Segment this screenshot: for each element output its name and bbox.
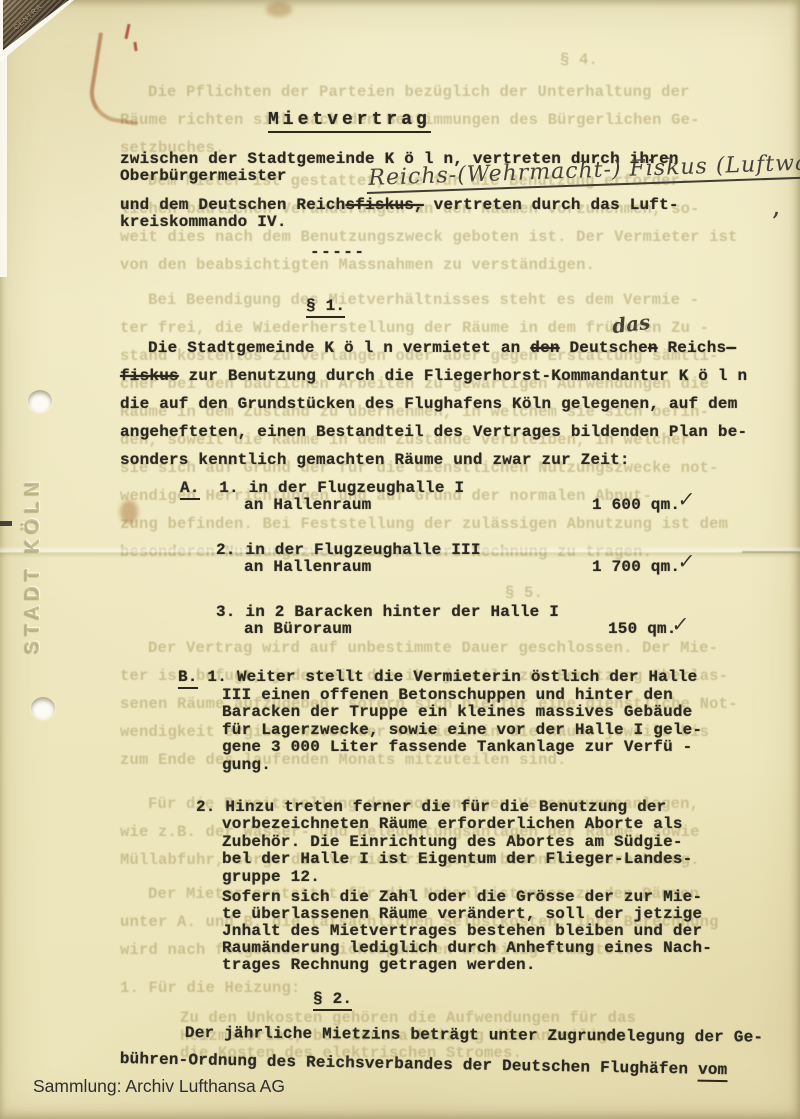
text-segment: trages Rechnung getragen werden. [222, 956, 536, 974]
typed-line: an Hallenraum [244, 496, 371, 514]
text-segment: gung. [222, 756, 271, 774]
typed-line: 3. in 2 Baracken hinter der Halle I [216, 603, 559, 621]
typed-line: ----- [310, 243, 366, 261]
text-segment: Reichs [658, 339, 727, 357]
stadt-koeln-emboss-stamp: STADT KÖLN [22, 476, 45, 654]
typed-line: für Lagerzwecke, sowie eine vor der Hall… [222, 721, 702, 739]
typed-line: Raumänderung lediglich durch Anheftung e… [222, 939, 712, 957]
typed-line: sonders kenntlich gemachten Räume und zw… [120, 451, 630, 469]
typed-line: 1 600 qm. [592, 496, 680, 514]
text-segment: und dem Deutschen Reich [120, 196, 345, 214]
text-segment: kreiskommando IV. [120, 213, 287, 231]
typed-line: an Büroraum [244, 620, 352, 638]
ghost-line: zung befinden. Bei Feststellung der zulä… [120, 516, 728, 533]
text-segment: § 1. [306, 297, 345, 318]
text-segment: Raumänderung lediglich durch Anheftung e… [222, 939, 712, 957]
typed-line: gung. [222, 756, 271, 774]
text-segment: gruppe 12. [222, 868, 320, 886]
typed-line: Die Stadtgemeinde K ö l n vermietet an d… [148, 339, 736, 357]
text-segment: Jnhalt des Mietvertrages bestehen bleibe… [222, 922, 702, 940]
typed-line: Mietvertrag [268, 111, 431, 129]
typed-line: Sofern sich die Zahl oder die Grösse der… [222, 888, 702, 906]
typed-line: Oberbürgermeister [120, 167, 287, 185]
text-segment: Die Stadtgemeinde K ö l n vermietet an [148, 339, 530, 357]
ghost-line: § 4. [560, 52, 598, 69]
punch-hole [31, 697, 55, 719]
text-segment: den [530, 339, 559, 357]
text-segment: 1. in der Flugzeughalle I [200, 479, 465, 497]
text-segment: Baracken der Truppe ein kleines massives… [222, 703, 692, 721]
typed-line: und dem Deutschen Reichsfiskus, vertrete… [120, 196, 679, 214]
typed-line: gruppe 12. [222, 868, 320, 886]
checkmark-icon: ✓ [677, 486, 697, 512]
handwritten-annotation: das [611, 310, 652, 338]
text-segment: 150 qm. [608, 620, 677, 638]
typed-line: te überlassenen Räume verändert, soll de… [222, 905, 702, 923]
text-segment: fiskus [120, 367, 179, 385]
typed-line: Jnhalt des Mietvertrages bestehen bleibe… [222, 922, 702, 940]
stain [266, 2, 292, 17]
text-segment: für Lagerzwecke, sowie eine vor der Hall… [222, 721, 702, 739]
typed-line: 2. in der Flugzeughalle III [216, 541, 481, 559]
checkmark-icon: ✓ [671, 611, 691, 637]
typed-line: an Hallenraum [244, 558, 371, 576]
checkmark-icon: ✓ [677, 548, 697, 574]
text-segment: te überlassenen Räume verändert, soll de… [222, 905, 702, 923]
paper-edge [0, 52, 7, 277]
typed-line: angehefteten, einen Bestandteil des Vert… [120, 423, 747, 441]
text-segment: gene 3 000 Liter fassende Tankanlage zur… [222, 738, 692, 756]
rust-stain [120, 500, 138, 524]
text-segment: 1. Weiter stellt die Vermieterin östlich… [198, 668, 698, 686]
typed-line: gene 3 000 Liter fassende Tankanlage zur… [222, 738, 692, 756]
ghost-line: weit dies nach dem Benutzungszweck gebot… [120, 229, 738, 246]
ghost-line: § 5. [505, 585, 543, 602]
text-segment: n [648, 339, 658, 357]
typed-line: Zubehör. Die Einrichtung des Abortes am … [222, 833, 683, 851]
typed-line: vorbezeichneten Räume erforderlichen Abo… [222, 815, 683, 833]
typed-line: 1 700 qm. [592, 558, 680, 576]
text-segment: Mietvertrag [268, 110, 431, 133]
typed-line: die auf den Grundstücken des Flughafens … [120, 395, 738, 413]
text-segment: sonders kenntlich gemachten Räume und zw… [120, 451, 630, 469]
text-segment: B. [178, 668, 198, 689]
document-scan: § 4.Die Pflichten der Parteien bezüglich… [0, 0, 800, 1119]
text-segment: die auf den Grundstücken des Flughafens … [120, 395, 738, 413]
ghost-line: Die Pflichten der Parteien bezüglich der… [148, 84, 690, 101]
typed-line: § 2. [313, 990, 352, 1008]
text-segment: 1 700 qm. [592, 558, 680, 576]
text-segment: vertreten durch das Luft- [424, 196, 679, 214]
edge-ink-mark [0, 521, 12, 526]
text-segment: - [726, 339, 736, 357]
text-segment: sfiskus, [345, 196, 423, 214]
ghost-line: 1. Für die Heizung: [120, 980, 301, 997]
text-segment: bel der Halle I ist Eigentum der Flieger… [222, 850, 692, 868]
ghost-line: Der Vertrag wird auf unbestimmte Dauer g… [148, 640, 718, 657]
text-segment: vorbezeichneten Räume erforderlichen Abo… [222, 815, 683, 833]
text-segment: ----- [310, 243, 366, 261]
text-segment: Sofern sich die Zahl oder die Grösse der… [222, 888, 702, 906]
text-segment: an Büroraum [244, 620, 352, 638]
typed-line: A. 1. in der Flugzeughalle I [180, 479, 464, 497]
text-segment: III einen offenen Betonschuppen und hint… [222, 686, 673, 704]
text-segment: 1 600 qm. [592, 496, 680, 514]
text-segment: vom [698, 1061, 728, 1083]
text-segment: Deutsche [560, 339, 648, 357]
text-segment: Zubehör. Die Einrichtung des Abortes am … [222, 833, 683, 851]
typed-line: Baracken der Truppe ein kleines massives… [222, 703, 692, 721]
archive-caption: Sammlung: Archiv Lufthansa AG [33, 1076, 285, 1097]
typed-line: 2. Hinzu treten ferner die für die Benut… [196, 798, 666, 816]
typed-line: 150 qm. [608, 620, 677, 638]
typed-line: § 1. [306, 297, 345, 315]
text-segment: 2. Hinzu treten ferner die für die Benut… [196, 798, 666, 816]
typed-line: B. 1. Weiter stellt die Vermieterin östl… [178, 668, 698, 686]
typed-line: trages Rechnung getragen werden. [222, 956, 536, 974]
text-segment: § 2. [313, 990, 352, 1011]
text-segment: Oberbürgermeister [120, 167, 287, 185]
typed-line: III einen offenen Betonschuppen und hint… [222, 686, 673, 704]
punch-hole [28, 390, 52, 412]
text-segment: 3. in 2 Baracken hinter der Halle I [216, 603, 559, 621]
typed-line: kreiskommando IV. [120, 213, 287, 231]
typed-line: bel der Halle I ist Eigentum der Flieger… [222, 850, 692, 868]
typed-line: fiskus zur Benutzung durch die Fliegerho… [120, 367, 747, 385]
text-segment: zur Benutzung durch die Fliegerhorst-Kom… [179, 367, 748, 385]
ghost-line: Bei Beendigung des Mietverhältnisses ste… [148, 292, 699, 309]
text-segment: an Hallenraum [244, 558, 371, 576]
text-segment: A. [180, 479, 200, 500]
text-segment: an Hallenraum [244, 496, 371, 514]
crease-line-dark-segment [742, 551, 800, 553]
text-segment: angehefteten, einen Bestandteil des Vert… [120, 423, 747, 441]
text-segment: 2. in der Flugzeughalle III [216, 541, 481, 559]
